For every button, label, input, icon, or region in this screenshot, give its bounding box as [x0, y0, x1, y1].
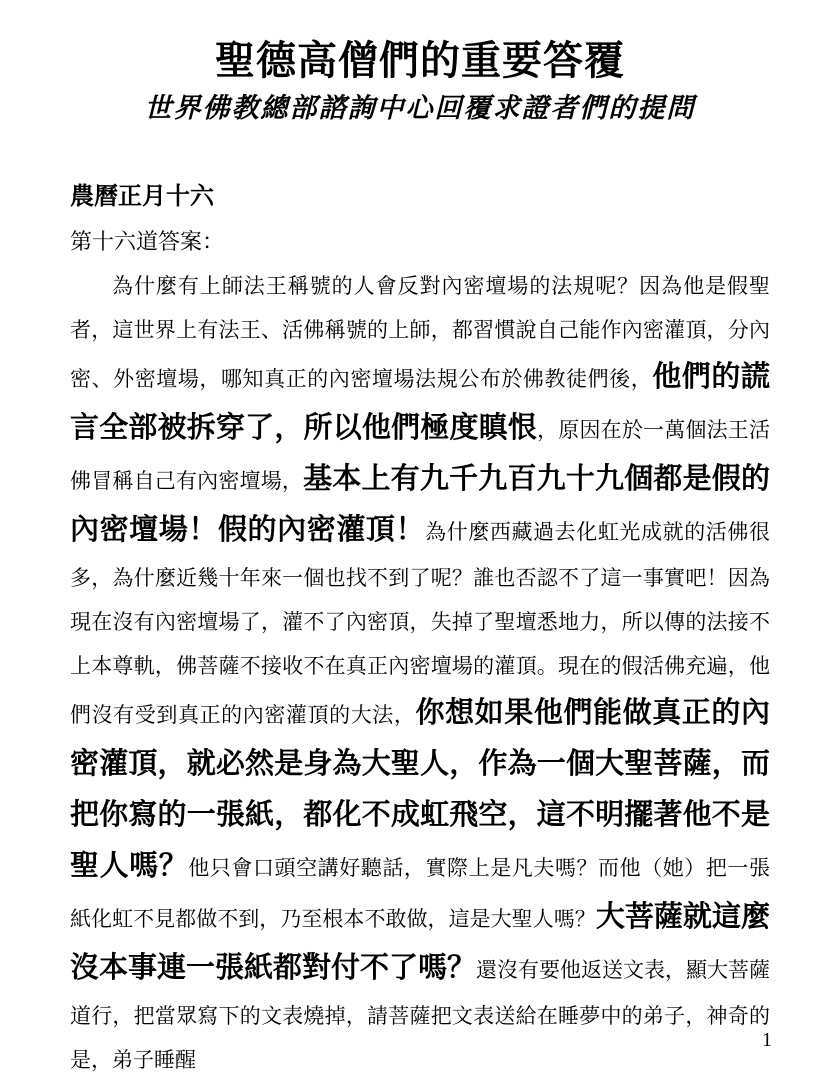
document-title: 聖德高僧們的重要答覆 — [0, 0, 840, 86]
body-paragraph: 為什麼有上師法王稱號的人會反對內密壇場的法規呢？因為他是假聖者，這世界上有法王、… — [70, 264, 770, 1082]
answer-heading: 第十六道答案： — [70, 228, 770, 256]
page-number: 1 — [762, 1030, 772, 1050]
body-segment-normal: 為什麼西藏過去化虹光成就的活佛很多，為什麼近幾十年來一個也找不到了呢？誰也否認不… — [70, 520, 770, 727]
document-subtitle: 世界佛教總部諮詢中心回覆求證者們的提問 — [0, 90, 840, 126]
date-heading: 農曆正月十六 — [70, 182, 770, 212]
document-page: 聖德高僧們的重要答覆 世界佛教總部諮詢中心回覆求證者們的提問 農曆正月十六 第十… — [0, 0, 840, 1084]
